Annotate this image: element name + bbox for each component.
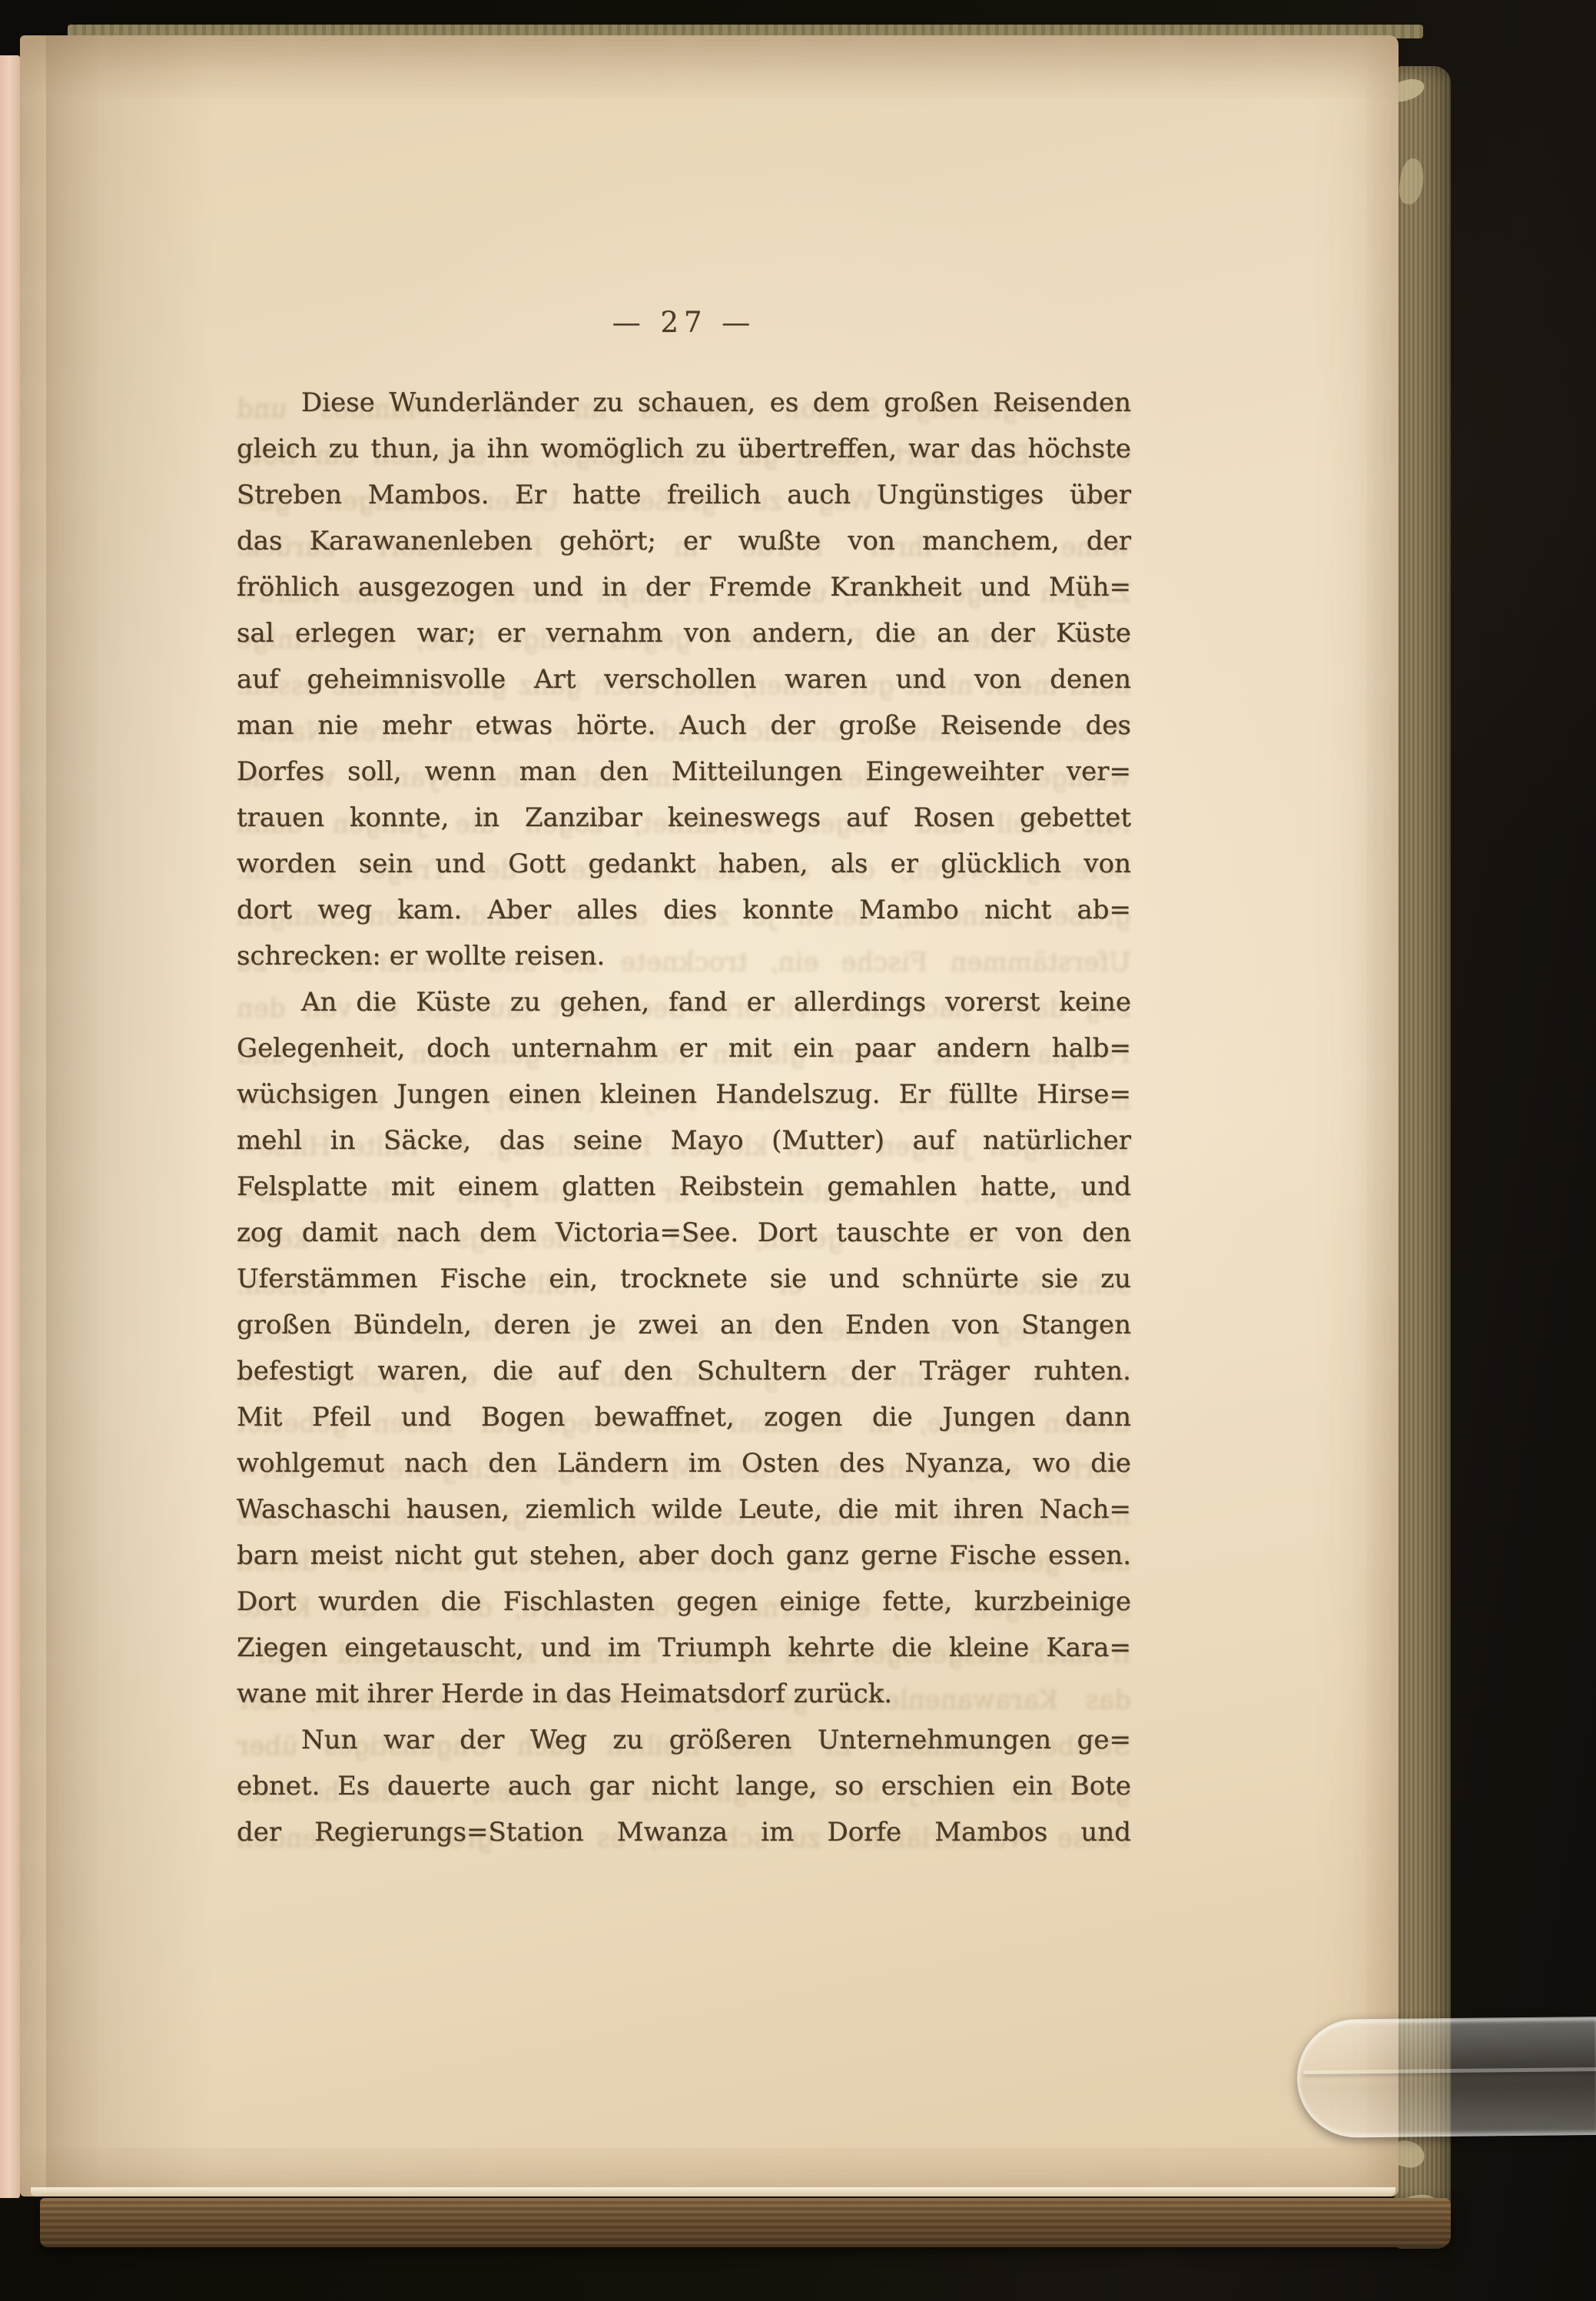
text-line: barn meist nicht gut stehen, aber doch g… <box>237 1532 1131 1579</box>
text-line: zog damit nach dem Victoria=See. Dort ta… <box>237 1210 1131 1256</box>
text-line: auf geheimnisvolle Art verschollen waren… <box>237 656 1131 702</box>
text-line: ebnet. Es dauerte auch gar nicht lange, … <box>237 1763 1131 1809</box>
text-line: Dorfes soll, wenn man den Mitteilungen E… <box>237 749 1131 795</box>
text-line: Streben Mambos. Er hatte freilich auch U… <box>237 472 1131 518</box>
text-line: wane mit ihrer Herde in das Heimatsdorf … <box>237 1671 1131 1717</box>
text-line: dort weg kam. Aber alles dies konnte Mam… <box>237 887 1131 933</box>
text-line: sal erlegen war; er vernahm von andern, … <box>237 610 1131 656</box>
text-line: Dort wurden die Fischlasten gegen einige… <box>237 1579 1131 1625</box>
text-line: gleich zu thun, ja ihn womöglich zu über… <box>237 426 1131 472</box>
cover-fore-edge <box>1394 66 1451 2249</box>
scan-background: { "document": { "page_number": "27", "he… <box>0 0 1596 2301</box>
frayed-cloth <box>1397 157 1426 206</box>
text-line: das Karawanenleben gehört; er wußte von … <box>237 518 1131 564</box>
text-line: Mit Pfeil und Bogen bewaffnet, zogen die… <box>237 1394 1131 1440</box>
text-line: man nie mehr etwas hörte. Auch der große… <box>237 702 1131 749</box>
text-line: großen Bündeln, deren je zwei an den End… <box>237 1302 1131 1348</box>
text-line: schrecken: er wollte reisen. <box>237 933 1131 979</box>
text-line: befestigt waren, die auf den Schultern d… <box>237 1348 1131 1394</box>
text-line: Felsplatte mit einem glatten Reibstein g… <box>237 1164 1131 1210</box>
transparent-page-holder-strip[interactable] <box>1296 2017 1596 2138</box>
text-block: Diese Wunderländer zu schauen, es dem gr… <box>237 380 1131 1855</box>
text-line: wüchsigen Jungen einen kleinen Handelszu… <box>237 1071 1131 1117</box>
text-line: der Regierungs=Station Mwanza im Dorfe M… <box>237 1809 1131 1855</box>
text-line: mehl in Säcke, das seine Mayo (Mutter) a… <box>237 1117 1131 1164</box>
text-line: Ziegen eingetauscht, und im Triumph kehr… <box>237 1625 1131 1671</box>
text-line: worden sein und Gott gedankt haben, als … <box>237 841 1131 887</box>
text-line: Uferstämmen Fische ein, trocknete sie un… <box>237 1256 1131 1302</box>
text-line: wohlgemut nach den Ländern im Osten des … <box>237 1440 1131 1486</box>
text-line: Gelegenheit, doch unternahm er mit ein p… <box>237 1025 1131 1071</box>
text-line: Nun war der Weg zu größeren Unternehmung… <box>237 1717 1131 1763</box>
text-line: trauen konnte, in Zanzibar keineswegs au… <box>237 795 1131 841</box>
page-number: — 27 — <box>237 306 1131 352</box>
text-line: Waschaschi hausen, ziemlich wilde Leute,… <box>237 1486 1131 1532</box>
cover-bottom-edge <box>40 2198 1451 2247</box>
text-line: An die Küste zu gehen, fand er allerding… <box>237 979 1131 1025</box>
text-line: fröhlich ausgezogen und in der Fremde Kr… <box>237 564 1131 610</box>
book-page: der Regierungs=Station Mwanza im Dorfe M… <box>20 35 1399 2196</box>
text-line: Diese Wunderländer zu schauen, es dem gr… <box>237 380 1131 426</box>
adjacent-page-sliver <box>0 55 20 2198</box>
